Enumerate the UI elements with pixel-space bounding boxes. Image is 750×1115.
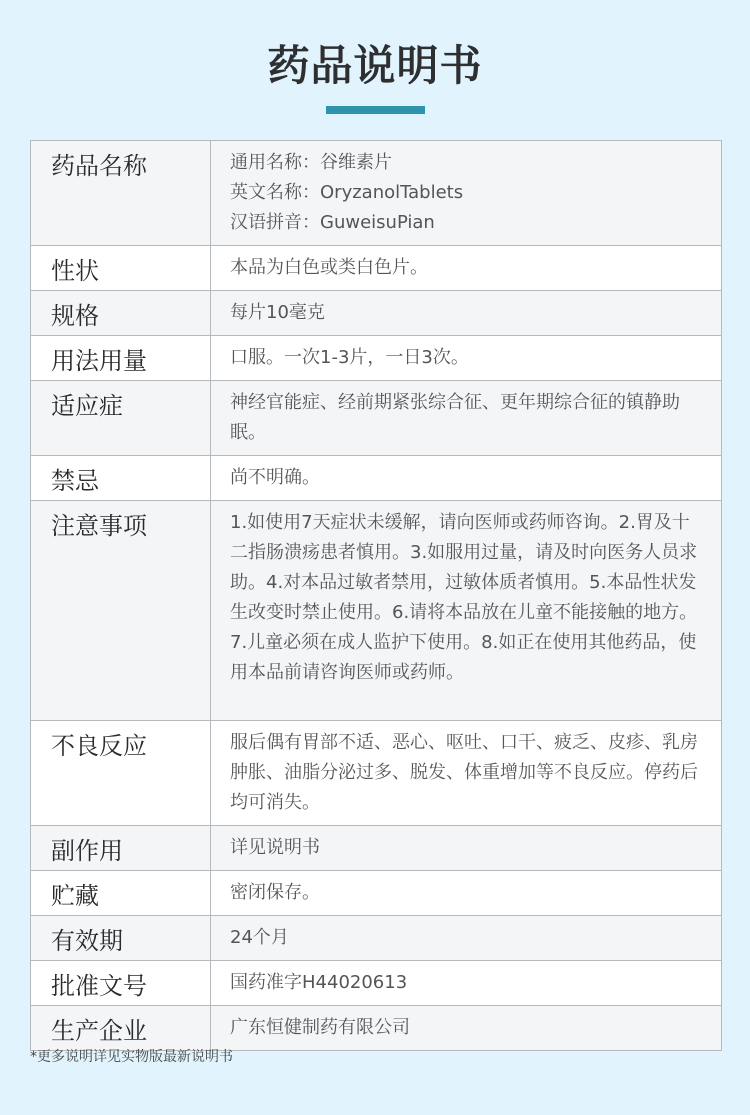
row-label: 贮藏 xyxy=(31,871,210,913)
row-label-cell: 药品名称 xyxy=(31,141,211,246)
row-value-line: 神经官能症、经前期紧张综合征、更年期综合征的镇静助眠。 xyxy=(230,388,703,448)
table-row-dosage: 用法用量口服。一次1-3片，一日3次。 xyxy=(31,336,722,381)
row-label: 注意事项 xyxy=(31,501,210,543)
row-label-cell: 禁忌 xyxy=(31,456,211,501)
row-value-cell: 详见说明书 xyxy=(211,826,722,871)
row-value-cell: 广东恒健制药有限公司 xyxy=(211,1006,722,1051)
row-label-cell: 副作用 xyxy=(31,826,211,871)
row-value: 每片10毫克 xyxy=(211,291,721,335)
table-row-manufacturer: 生产企业广东恒健制药有限公司 xyxy=(31,1006,722,1051)
row-label-cell: 注意事项 xyxy=(31,501,211,721)
row-label: 批准文号 xyxy=(31,961,210,1003)
row-value-line: 详见说明书 xyxy=(230,833,703,863)
row-value: 尚不明确。 xyxy=(211,456,721,500)
table-row-side-effects: 副作用详见说明书 xyxy=(31,826,722,871)
row-value-cell: 国药准字H44020613 xyxy=(211,961,722,1006)
row-label-cell: 有效期 xyxy=(31,916,211,961)
table-row-appearance: 性状本品为白色或类白色片。 xyxy=(31,246,722,291)
row-value-cell: 服后偶有胃部不适、恶心、呕吐、口干、疲乏、皮疹、乳房肿胀、油脂分泌过多、脱发、体… xyxy=(211,721,722,826)
row-value-line: 本品为白色或类白色片。 xyxy=(230,253,703,283)
row-label: 副作用 xyxy=(31,826,210,868)
table-row-contraindications: 禁忌尚不明确。 xyxy=(31,456,722,501)
row-value: 本品为白色或类白色片。 xyxy=(211,246,721,290)
drug-info-table: 药品名称通用名称：谷维素片英文名称：OryzanolTablets汉语拼音：Gu… xyxy=(30,140,722,1051)
table-row-indications: 适应症神经官能症、经前期紧张综合征、更年期综合征的镇静助眠。 xyxy=(31,381,722,456)
row-label-cell: 生产企业 xyxy=(31,1006,211,1051)
row-value-cell: 口服。一次1-3片，一日3次。 xyxy=(211,336,722,381)
row-value-cell: 通用名称：谷维素片英文名称：OryzanolTablets汉语拼音：Guweis… xyxy=(211,141,722,246)
row-label-cell: 性状 xyxy=(31,246,211,291)
row-value: 1.如使用7天症状未缓解，请向医师或药师咨询。2.胃及十二指肠溃疡患者慎用。3.… xyxy=(211,501,721,695)
row-value-line: 广东恒健制药有限公司 xyxy=(230,1013,703,1043)
row-label-cell: 贮藏 xyxy=(31,871,211,916)
table-row-storage: 贮藏密闭保存。 xyxy=(31,871,722,916)
row-label-cell: 不良反应 xyxy=(31,721,211,826)
row-value-line: 口服。一次1-3片，一日3次。 xyxy=(230,343,703,373)
row-value-line: 尚不明确。 xyxy=(230,463,703,493)
row-value-line: 密闭保存。 xyxy=(230,878,703,908)
row-value: 神经官能症、经前期紧张综合征、更年期综合征的镇静助眠。 xyxy=(211,381,721,455)
row-label-cell: 用法用量 xyxy=(31,336,211,381)
row-value-line: 24个月 xyxy=(230,923,703,953)
row-value: 口服。一次1-3片，一日3次。 xyxy=(211,336,721,380)
row-label: 有效期 xyxy=(31,916,210,958)
row-value-cell: 神经官能症、经前期紧张综合征、更年期综合征的镇静助眠。 xyxy=(211,381,722,456)
row-value: 国药准字H44020613 xyxy=(211,961,721,1005)
table-row-approval-number: 批准文号国药准字H44020613 xyxy=(31,961,722,1006)
row-value-line: 1.如使用7天症状未缓解，请向医师或药师咨询。2.胃及十二指肠溃疡患者慎用。3.… xyxy=(230,508,703,688)
row-label: 规格 xyxy=(31,291,210,333)
row-value-line: 服后偶有胃部不适、恶心、呕吐、口干、疲乏、皮疹、乳房肿胀、油脂分泌过多、脱发、体… xyxy=(230,728,703,818)
row-value: 服后偶有胃部不适、恶心、呕吐、口干、疲乏、皮疹、乳房肿胀、油脂分泌过多、脱发、体… xyxy=(211,721,721,825)
table-row-precautions: 注意事项1.如使用7天症状未缓解，请向医师或药师咨询。2.胃及十二指肠溃疡患者慎… xyxy=(31,501,722,721)
row-value-cell: 本品为白色或类白色片。 xyxy=(211,246,722,291)
title-underline-accent xyxy=(326,106,425,114)
row-label: 用法用量 xyxy=(31,336,210,378)
footnote: *更多说明详见实物版最新说明书 xyxy=(30,1046,233,1066)
row-value: 24个月 xyxy=(211,916,721,960)
row-label: 性状 xyxy=(31,246,210,288)
table-row-adverse-reactions: 不良反应服后偶有胃部不适、恶心、呕吐、口干、疲乏、皮疹、乳房肿胀、油脂分泌过多、… xyxy=(31,721,722,826)
row-label-cell: 规格 xyxy=(31,291,211,336)
row-label: 禁忌 xyxy=(31,456,210,498)
row-value-cell: 密闭保存。 xyxy=(211,871,722,916)
row-value: 密闭保存。 xyxy=(211,871,721,915)
row-value-cell: 尚不明确。 xyxy=(211,456,722,501)
table-row-specification: 规格每片10毫克 xyxy=(31,291,722,336)
row-value-cell: 24个月 xyxy=(211,916,722,961)
row-value-cell: 每片10毫克 xyxy=(211,291,722,336)
row-value: 详见说明书 xyxy=(211,826,721,870)
row-label: 适应症 xyxy=(31,381,210,423)
row-value-line: 国药准字H44020613 xyxy=(230,968,703,998)
row-label-cell: 批准文号 xyxy=(31,961,211,1006)
row-value-cell: 1.如使用7天症状未缓解，请向医师或药师咨询。2.胃及十二指肠溃疡患者慎用。3.… xyxy=(211,501,722,721)
row-label-cell: 适应症 xyxy=(31,381,211,456)
row-label: 药品名称 xyxy=(31,141,210,183)
drug-leaflet-page: 药品说明书 药品名称通用名称：谷维素片英文名称：OryzanolTablets汉… xyxy=(0,0,750,1115)
table-row-drug-name: 药品名称通用名称：谷维素片英文名称：OryzanolTablets汉语拼音：Gu… xyxy=(31,141,722,246)
row-value-line: 汉语拼音：GuweisuPian xyxy=(230,208,703,238)
page-title: 药品说明书 xyxy=(0,38,750,94)
table-row-shelf-life: 有效期24个月 xyxy=(31,916,722,961)
row-value: 通用名称：谷维素片英文名称：OryzanolTablets汉语拼音：Guweis… xyxy=(211,141,721,245)
row-value-line: 通用名称：谷维素片 xyxy=(230,148,703,178)
row-label: 生产企业 xyxy=(31,1006,210,1048)
row-value-line: 每片10毫克 xyxy=(230,298,703,328)
row-value: 广东恒健制药有限公司 xyxy=(211,1006,721,1050)
row-value-line: 英文名称：OryzanolTablets xyxy=(230,178,703,208)
row-label: 不良反应 xyxy=(31,721,210,763)
